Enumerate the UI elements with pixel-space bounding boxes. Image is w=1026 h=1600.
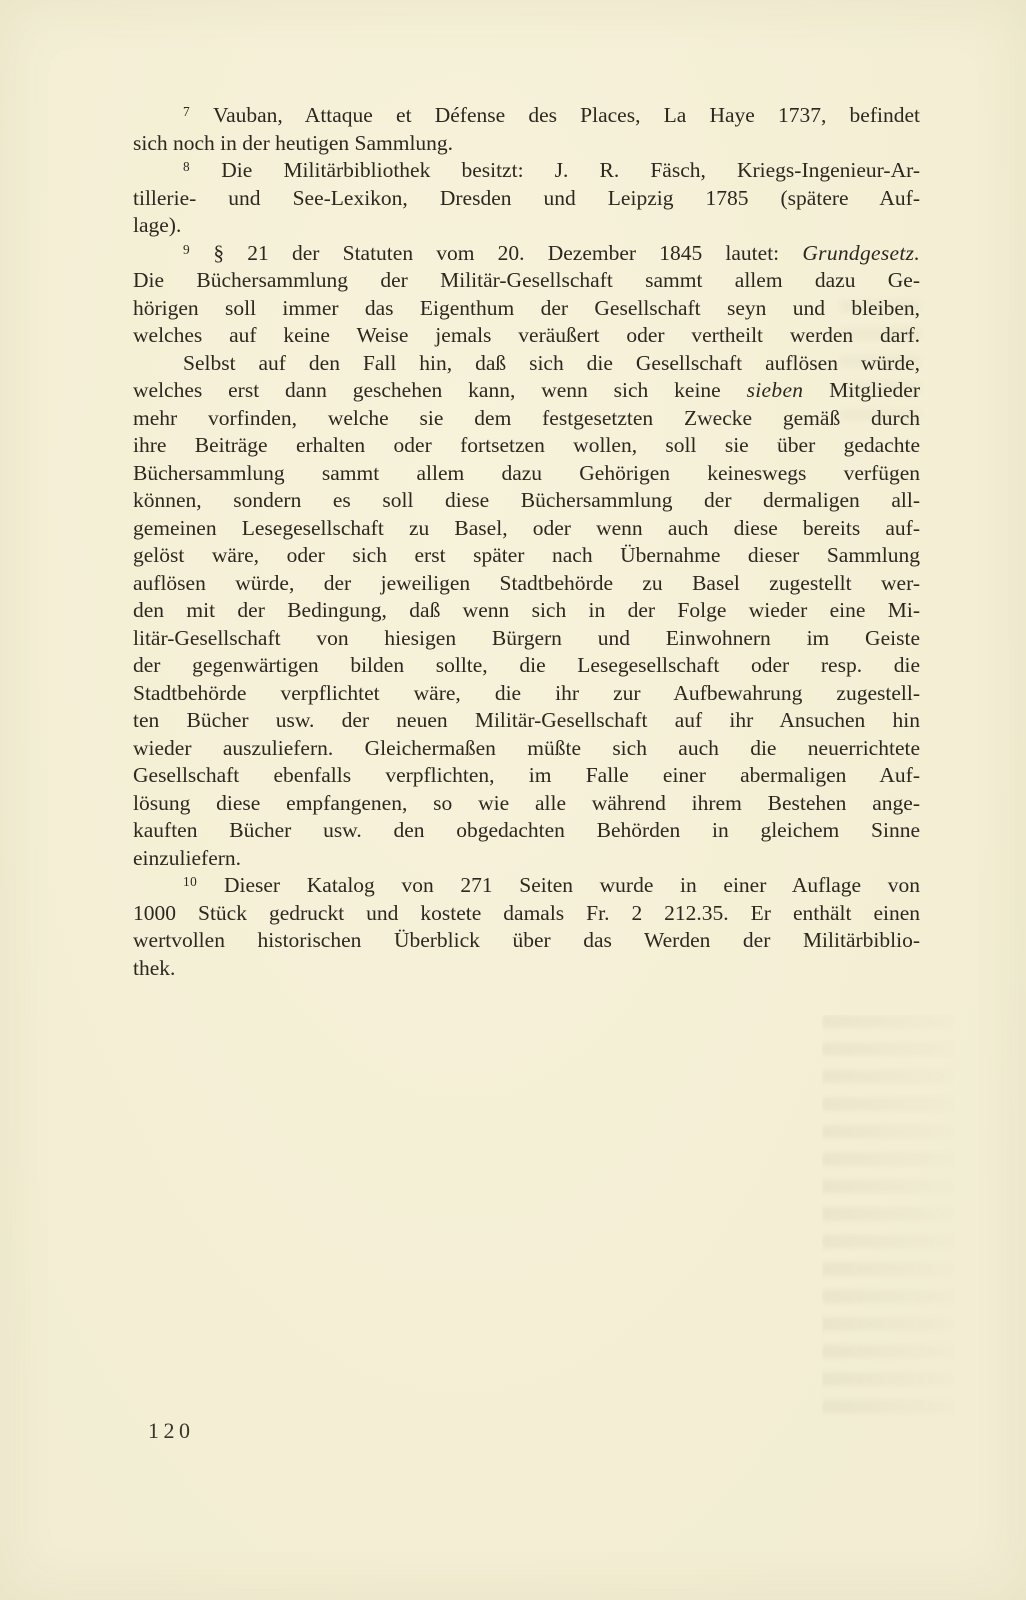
text-line: 10 Dieser Katalog von 271 Seiten wurde i… bbox=[133, 872, 920, 900]
text-segment: kauften Bücher usw. den obgedachten Behö… bbox=[133, 818, 920, 842]
text-segment: den mit der Bedingung, daß wenn sich in … bbox=[133, 598, 920, 622]
text-line: wertvollen historischen Überblick über d… bbox=[133, 927, 920, 955]
text-segment: Selbst auf den Fall hin, daß sich die Ge… bbox=[183, 351, 920, 375]
text-segment: können, sondern es soll diese Büchersamm… bbox=[133, 488, 920, 512]
text-line: ihre Beiträge erhalten oder fortsetzen w… bbox=[133, 432, 920, 460]
text-line: 1000 Stück gedruckt und kostete damals F… bbox=[133, 900, 920, 928]
text-line: Stadtbehörde verpflichtet wäre, die ihr … bbox=[133, 680, 920, 708]
italic-text: Grundgesetz. bbox=[802, 241, 920, 265]
footnote-marker: 10 bbox=[183, 874, 197, 889]
text-line: thek. bbox=[133, 955, 920, 983]
text-segment: auflösen würde, der jeweiligen Stadtbehö… bbox=[133, 571, 920, 595]
text-segment: welches erst dann geschehen kann, wenn s… bbox=[133, 378, 747, 402]
text-segment: lage). bbox=[133, 213, 181, 237]
text-segment: ten Bücher usw. der neuen Militär-Gesell… bbox=[133, 708, 920, 732]
text-line: Büchersammlung sammt allem dazu Gehörige… bbox=[133, 460, 920, 488]
text-line: lösung diese empfangenen, so wie alle wä… bbox=[133, 790, 920, 818]
text-line: gelöst wäre, oder sich erst später nach … bbox=[133, 542, 920, 570]
text-line: hörigen soll immer das Eigenthum der Ges… bbox=[133, 295, 920, 323]
text-segment: sich noch in der heutigen Sammlung. bbox=[133, 131, 453, 155]
text-segment: gemeinen Lesegesellschaft zu Basel, oder… bbox=[133, 516, 920, 540]
text-line: Die Büchersammlung der Militär-Gesellsch… bbox=[133, 267, 920, 295]
text-line: 9 § 21 der Statuten vom 20. Dezember 184… bbox=[133, 240, 920, 268]
text-segment: Vauban, Attaque et Défense des Places, L… bbox=[190, 103, 920, 127]
text-segment: wieder auszuliefern. Gleichermaßen müßte… bbox=[133, 736, 920, 760]
text-segment: Gesellschaft ebenfalls verpflichten, im … bbox=[133, 763, 920, 787]
text-segment: thek. bbox=[133, 956, 175, 980]
text-line: sich noch in der heutigen Sammlung. bbox=[133, 130, 920, 158]
text-segment: welches auf keine Weise jemals veräußert… bbox=[133, 323, 920, 347]
text-segment: 1000 Stück gedruckt und kostete damals F… bbox=[133, 901, 920, 925]
text-line: Gesellschaft ebenfalls verpflichten, im … bbox=[133, 762, 920, 790]
text-segment: Die Büchersammlung der Militär-Gesellsch… bbox=[133, 268, 920, 292]
text-line: 8 Die Militärbibliothek besitzt: J. R. F… bbox=[133, 157, 920, 185]
text-line: welches erst dann geschehen kann, wenn s… bbox=[133, 377, 920, 405]
text-segment: ihre Beiträge erhalten oder fortsetzen w… bbox=[133, 433, 920, 457]
text-segment: einzuliefern. bbox=[133, 846, 241, 870]
text-line: 7 Vauban, Attaque et Défense des Places,… bbox=[133, 102, 920, 130]
text-segment: hörigen soll immer das Eigenthum der Ges… bbox=[133, 296, 920, 320]
text-segment: wertvollen historischen Überblick über d… bbox=[133, 928, 920, 952]
book-page: 7 Vauban, Attaque et Défense des Places,… bbox=[0, 0, 1026, 1600]
text-line: gemeinen Lesegesellschaft zu Basel, oder… bbox=[133, 515, 920, 543]
text-line: mehr vorfinden, welche sie dem festgeset… bbox=[133, 405, 920, 433]
text-line: ten Bücher usw. der neuen Militär-Gesell… bbox=[133, 707, 920, 735]
text-segment: lösung diese empfangenen, so wie alle wä… bbox=[133, 791, 920, 815]
text-segment: Die Militärbibliothek besitzt: J. R. Fäs… bbox=[190, 158, 920, 182]
text-segment: Dieser Katalog von 271 Seiten wurde in e… bbox=[197, 873, 920, 897]
text-line: welches auf keine Weise jemals veräußert… bbox=[133, 322, 920, 350]
text-segment: der gegenwärtigen bilden sollte, die Les… bbox=[133, 653, 920, 677]
text-line: der gegenwärtigen bilden sollte, die Les… bbox=[133, 652, 920, 680]
footnotes-block: 7 Vauban, Attaque et Défense des Places,… bbox=[133, 102, 920, 982]
text-line: können, sondern es soll diese Büchersamm… bbox=[133, 487, 920, 515]
text-line: einzuliefern. bbox=[133, 845, 920, 873]
text-segment: Mitglieder bbox=[803, 378, 920, 402]
text-segment: Stadtbehörde verpflichtet wäre, die ihr … bbox=[133, 681, 920, 705]
text-line: litär-Gesellschaft von hiesigen Bürgern … bbox=[133, 625, 920, 653]
text-line: tillerie- und See-Lexikon, Dresden und L… bbox=[133, 185, 920, 213]
italic-text: sieben bbox=[747, 378, 804, 402]
text-segment: mehr vorfinden, welche sie dem festgeset… bbox=[133, 406, 920, 430]
text-line: kauften Bücher usw. den obgedachten Behö… bbox=[133, 817, 920, 845]
page-bleed-through bbox=[822, 1015, 954, 1423]
text-segment: § 21 der Statuten vom 20. Dezember 1845 … bbox=[190, 241, 802, 265]
text-segment: litär-Gesellschaft von hiesigen Bürgern … bbox=[133, 626, 920, 650]
text-line: wieder auszuliefern. Gleichermaßen müßte… bbox=[133, 735, 920, 763]
text-line: Selbst auf den Fall hin, daß sich die Ge… bbox=[133, 350, 920, 378]
text-segment: tillerie- und See-Lexikon, Dresden und L… bbox=[133, 186, 920, 210]
text-line: auflösen würde, der jeweiligen Stadtbehö… bbox=[133, 570, 920, 598]
text-line: den mit der Bedingung, daß wenn sich in … bbox=[133, 597, 920, 625]
text-segment: Büchersammlung sammt allem dazu Gehörige… bbox=[133, 461, 920, 485]
text-line: lage). bbox=[133, 212, 920, 240]
text-segment: gelöst wäre, oder sich erst später nach … bbox=[133, 543, 920, 567]
page-number: 120 bbox=[148, 1418, 195, 1444]
